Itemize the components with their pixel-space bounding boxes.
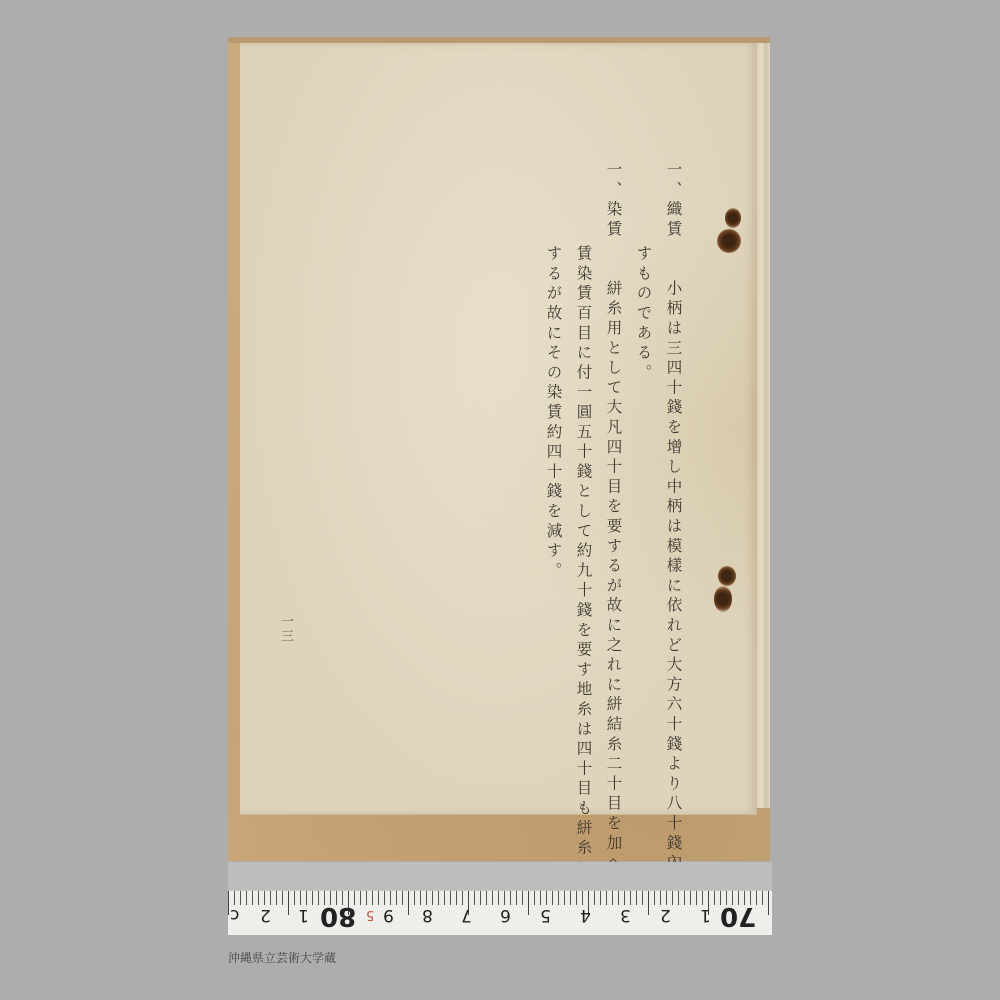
ruler-label: 6 [500, 905, 511, 925]
stain-spot [725, 208, 741, 228]
ruler-label: 9 [383, 905, 394, 925]
ruler-label: 2 [660, 905, 671, 925]
ruler-label-accent: 5 [366, 907, 374, 922]
page-number: 一三 [276, 614, 295, 644]
measuring-ruler: c 2 1 80 5 9 8 7 6 5 4 3 2 1 70 [228, 890, 772, 935]
ruler-label: 1 [700, 905, 711, 925]
ruler-backdrop [228, 862, 772, 890]
text-column-4: 賃染賃百目に付一圓五十錢として約九十錢を要す地糸は四十目も絣糸に減 [575, 245, 591, 898]
ruler-label: 8 [422, 905, 433, 925]
text-column-1: 一、織賃 小柄は三四十錢を增し中柄は模樣に依れど大方六十錢より八十錢內外を增 [665, 161, 681, 933]
stain-spot [714, 586, 732, 612]
document-page: 一、織賃 小柄は三四十錢を增し中柄は模樣に依れど大方六十錢より八十錢內外を增 す… [240, 43, 757, 815]
ruler-label-major: 70 [720, 901, 756, 931]
stain-spot [718, 566, 736, 586]
ruler-label: 4 [580, 905, 591, 925]
ruler-label: 1 [298, 905, 309, 925]
ruler-label: 3 [620, 905, 631, 925]
ruler-label: c [230, 905, 239, 925]
collection-caption: 沖縄県立芸術大学蔵 [228, 949, 336, 966]
ruler-label-major: 80 [320, 901, 356, 931]
text-column-2: すものである。 [635, 245, 651, 384]
stain-spot [717, 229, 741, 253]
text-column-3: 一、染賃 絣糸用として大凡四十目を要するが故に之れに絣結糸二十目を加へ絣糸染 [605, 161, 621, 933]
page-edge-stack [755, 43, 770, 808]
ruler-label: 5 [540, 905, 551, 925]
ruler-label: 7 [461, 905, 472, 925]
text-column-5: するが故にその染賃約四十錢を減す。 [545, 245, 561, 582]
ruler-label: 2 [260, 905, 271, 925]
